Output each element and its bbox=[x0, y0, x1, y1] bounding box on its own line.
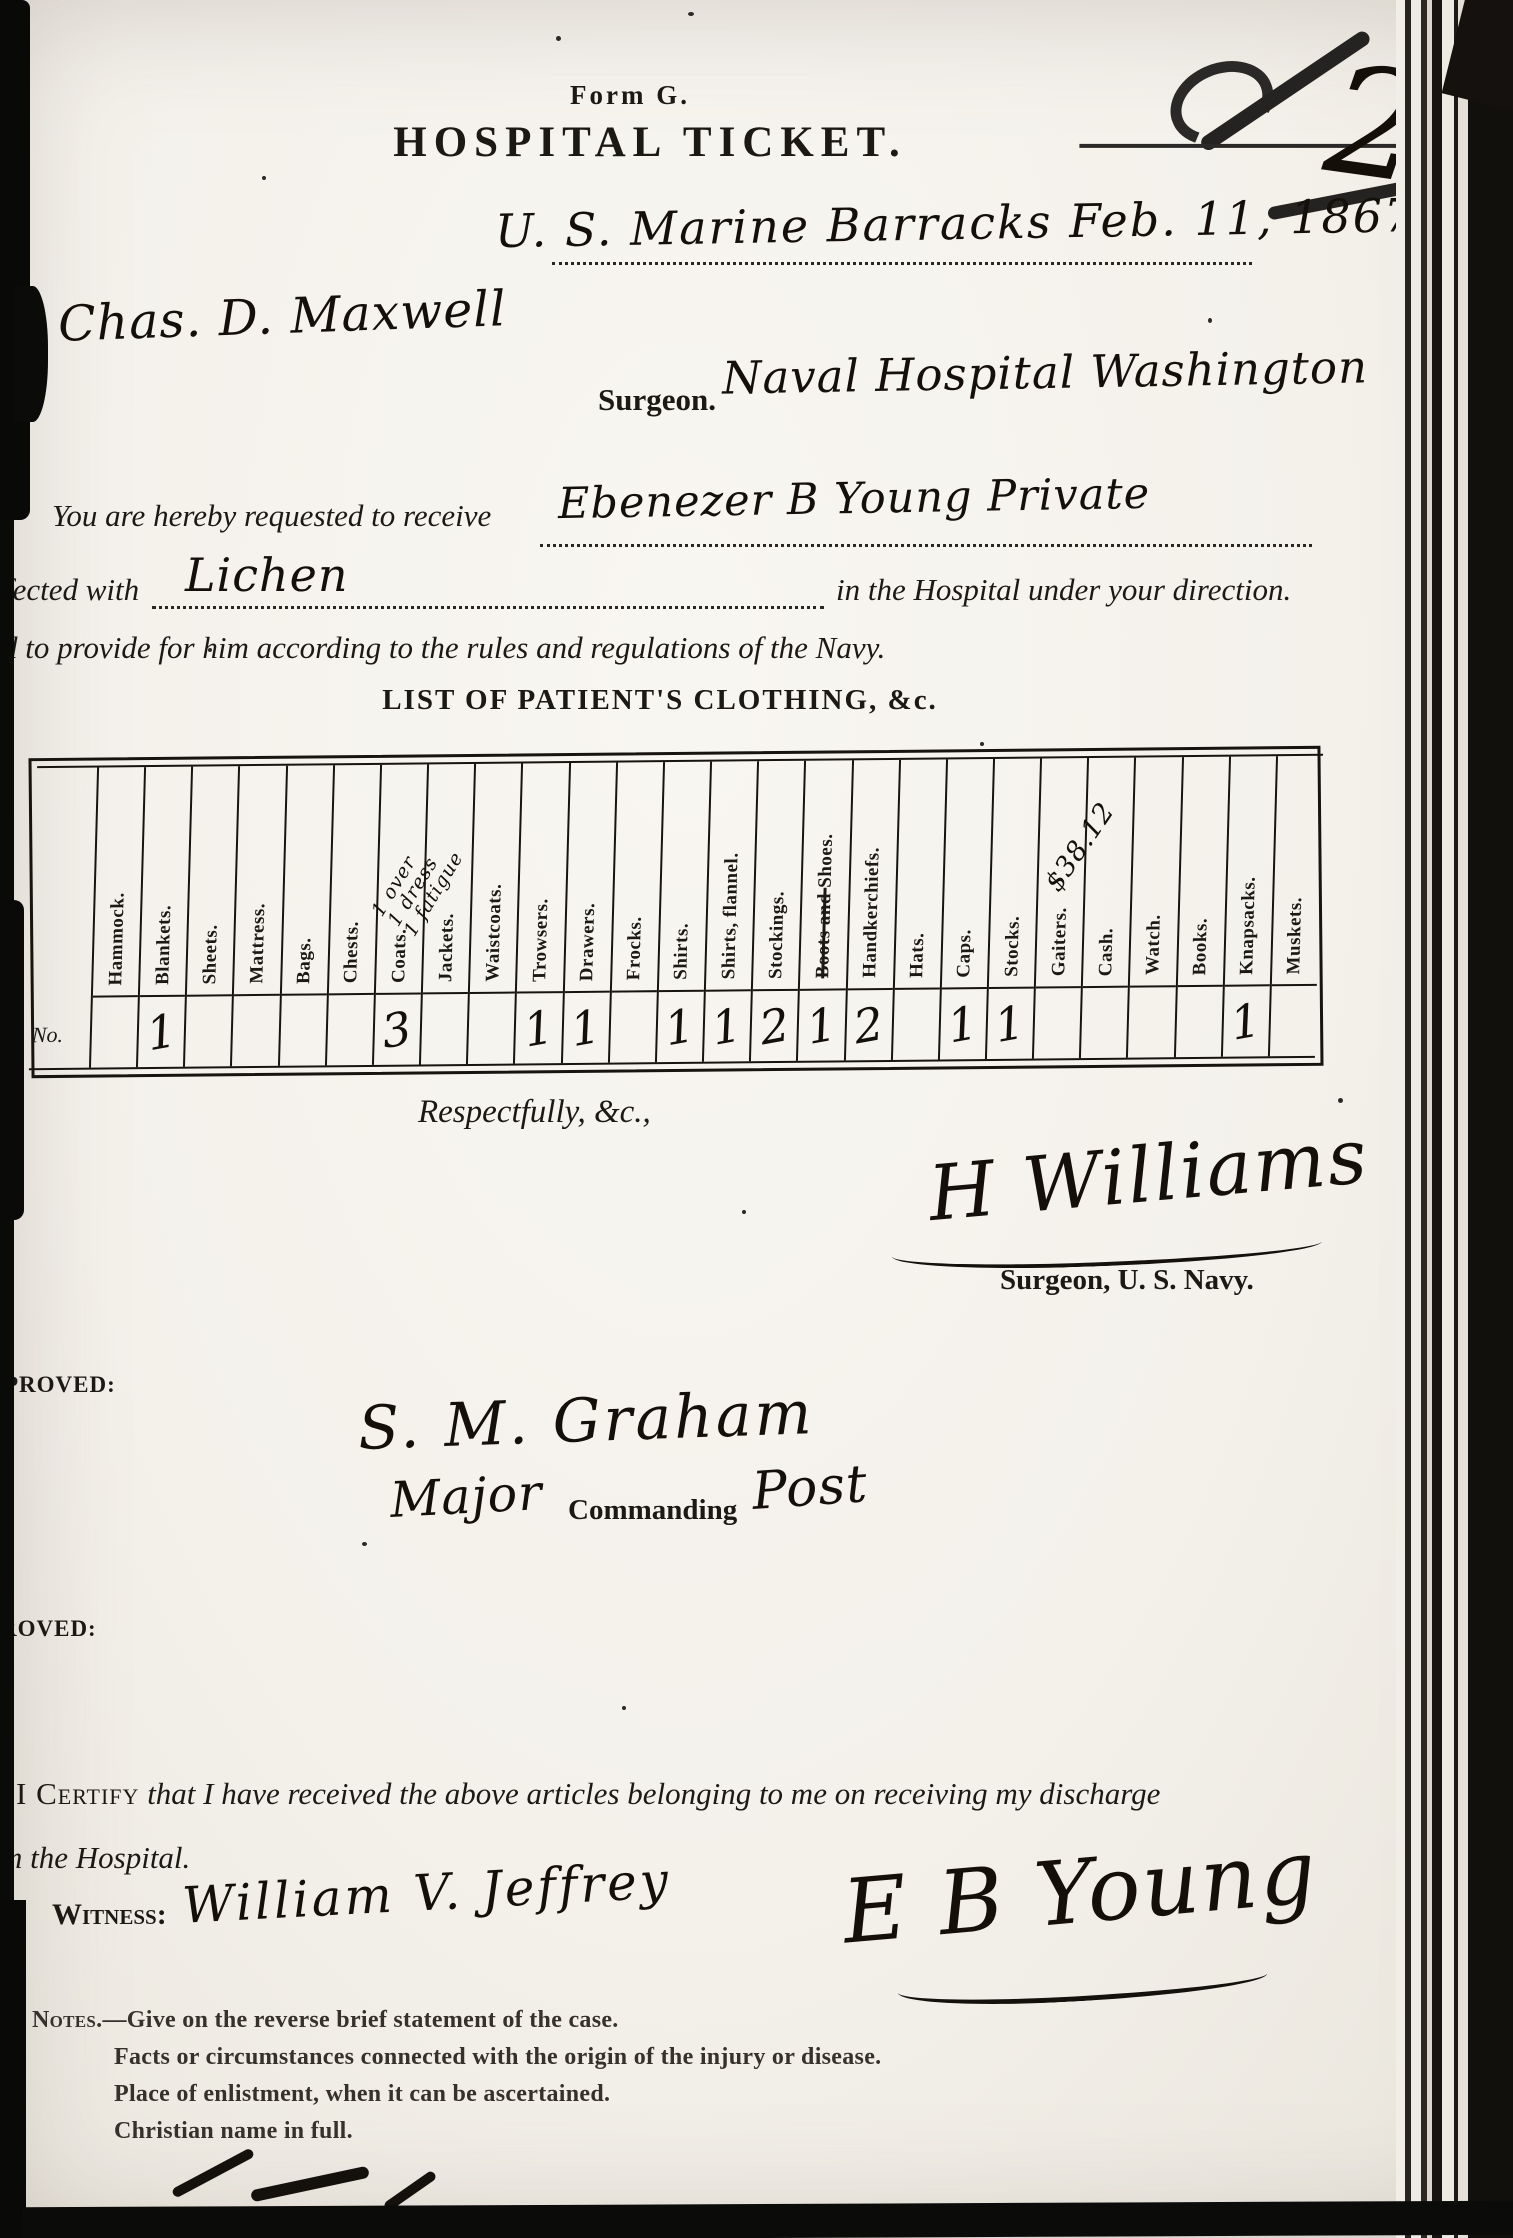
column-header-rest: Shoes. bbox=[815, 834, 837, 888]
scan-speck bbox=[622, 1706, 626, 1710]
column-value: 1 bbox=[803, 1000, 840, 1051]
notes-label: Notes.— bbox=[32, 2007, 127, 2033]
column-value: 2 bbox=[851, 1000, 888, 1051]
column-header: Frocks. bbox=[623, 916, 647, 980]
table-column-waistcoats: Waistcoats. bbox=[466, 763, 521, 1064]
column-header: Waistcoats. bbox=[482, 884, 507, 982]
column-header: Stocks. bbox=[1001, 916, 1025, 977]
scan-edge-blob bbox=[0, 900, 24, 1220]
table-column-blankets: Blankets.1 bbox=[136, 767, 191, 1068]
column-header: Sheets. bbox=[199, 924, 223, 984]
table-column-sheets: Sheets. bbox=[183, 766, 238, 1067]
scan-speck bbox=[980, 742, 984, 746]
table-column-shirts: Shirts.1 bbox=[655, 762, 710, 1063]
table-column-watch: Watch. bbox=[1126, 757, 1181, 1058]
column-header: Cash. bbox=[1095, 927, 1118, 976]
table-column-hammock: Hammock. bbox=[89, 767, 144, 1068]
scan-edge-blob bbox=[0, 0, 30, 520]
column-header: Bags. bbox=[293, 937, 316, 984]
table-column-muskets: Muskets. bbox=[1268, 756, 1323, 1057]
request-printed-text: You are hereby requested to receive bbox=[52, 498, 491, 534]
scan-speck bbox=[742, 1210, 746, 1214]
table-column-books: Books. bbox=[1174, 757, 1229, 1058]
scan-speck bbox=[688, 12, 694, 16]
notes-line: Facts or circumstances connected with th… bbox=[32, 2039, 992, 2076]
rank-handwriting: Major bbox=[389, 1464, 544, 1529]
scan-edge-blob bbox=[0, 1900, 26, 2238]
witness-label: Witness: bbox=[52, 1898, 167, 1932]
column-header: Hats. bbox=[906, 932, 929, 977]
table-column-handkerchiefs: Handkerchiefs.2 bbox=[843, 760, 898, 1061]
scan-speck bbox=[362, 1542, 367, 1546]
column-value: 1 bbox=[662, 1002, 699, 1053]
book-binding-edge bbox=[1396, 0, 1513, 2238]
table-column-drawers: Drawers.1 bbox=[561, 763, 616, 1064]
notes-line: Christian name in full. bbox=[32, 2113, 992, 2150]
notes-block: Notes.—Give on the reverse brief stateme… bbox=[32, 2002, 992, 2150]
table-column-hats: Hats. bbox=[891, 759, 946, 1060]
column-header: Trowsers. bbox=[529, 898, 553, 982]
witness-signature-handwriting: William V. Jeffrey bbox=[181, 1851, 673, 1935]
notes-line: Place of enlistment, when it can be asce… bbox=[32, 2076, 992, 2113]
patient-signature-handwriting: E B Young bbox=[838, 1819, 1321, 1963]
column-header: Coats. bbox=[388, 928, 411, 982]
surgeon-label: Surgeon. bbox=[598, 382, 716, 418]
column-header: Chests. bbox=[341, 921, 365, 983]
column-value: 1 bbox=[709, 1001, 746, 1052]
scan-bottom-edge bbox=[22, 2201, 1513, 2238]
page-title: HOSPITAL TICKET. bbox=[380, 118, 920, 167]
patient-name-handwriting: Ebenezer B Young Private bbox=[558, 469, 1151, 529]
approved-label-fragment-1: PROVED: bbox=[4, 1372, 116, 1398]
dotted-rule bbox=[540, 544, 1312, 547]
affliction-handwriting: Lichen bbox=[185, 548, 349, 602]
scan-edge-blob bbox=[14, 286, 48, 422]
commander-signature-handwriting: S. M. Graham bbox=[357, 1378, 816, 1464]
certificate-continuation-fragment: m the Hospital. bbox=[0, 1840, 190, 1876]
column-value: 1 bbox=[521, 1003, 558, 1054]
scan-speck bbox=[208, 648, 212, 652]
respectfully-line: Respectfully, &c., bbox=[418, 1094, 651, 1131]
column-value: 1 bbox=[1228, 996, 1265, 1047]
affliction-suffix-printed: in the Hospital under your direction. bbox=[836, 572, 1291, 608]
table-column-knapsacks: Knapsacks.1 bbox=[1221, 756, 1276, 1057]
column-header: Muskets. bbox=[1284, 897, 1308, 975]
column-header: Mattress. bbox=[246, 903, 270, 984]
table-column-stocks: Stocks.1 bbox=[985, 758, 1040, 1059]
provide-line-fragment: d to provide for him according to the ru… bbox=[2, 630, 885, 666]
table-column-caps: Caps.1 bbox=[938, 759, 993, 1060]
row-label: No. bbox=[32, 1022, 64, 1048]
table-column-boots-and-shoes: Boots and Shoes.1 bbox=[796, 760, 851, 1061]
clothing-table: No. Hammock. Blankets.1 Sheets. Mattress… bbox=[28, 746, 1323, 1078]
scan-speck bbox=[1208, 318, 1212, 323]
scan-speck bbox=[1338, 1098, 1343, 1103]
table-column-stockings: Stockings.2 bbox=[749, 761, 804, 1062]
column-header: Jackets. bbox=[435, 913, 459, 982]
column-value: 1 bbox=[945, 999, 982, 1050]
table-column-frocks: Frocks. bbox=[608, 762, 663, 1063]
addressee-name-handwriting: Chas. D. Maxwell bbox=[57, 280, 507, 353]
column-header: Boots and Shoes. bbox=[812, 834, 838, 979]
row-label-cell: No. bbox=[29, 768, 97, 1069]
surgeon-navy-title: Surgeon, U. S. Navy. bbox=[1000, 1264, 1254, 1297]
clothing-list-title: LIST OF PATIENT'S CLOTHING, &c. bbox=[300, 684, 1020, 717]
column-header: Shirts, flannel. bbox=[718, 853, 743, 980]
column-value: 2 bbox=[756, 1001, 793, 1052]
table-column-bags: Bags. bbox=[278, 765, 333, 1066]
table-column-gaiters: Gaiters. bbox=[1032, 758, 1087, 1059]
form-number-label: Form G. bbox=[500, 80, 760, 111]
table-column-cash: Cash. bbox=[1079, 758, 1134, 1059]
column-value: 1 bbox=[992, 998, 1029, 1049]
certificate-line: I Certify that I have received the above… bbox=[16, 1776, 1316, 1812]
column-header: Gaiters. bbox=[1048, 907, 1072, 976]
column-header: Hammock. bbox=[105, 892, 130, 985]
notes-line: Notes.—Give on the reverse brief stateme… bbox=[32, 2002, 992, 2039]
column-header: Blankets. bbox=[152, 905, 176, 985]
dotted-rule bbox=[552, 262, 1252, 265]
column-value: 3 bbox=[379, 1004, 416, 1055]
column-header: Shirts. bbox=[671, 923, 695, 980]
addressee-station-handwriting: Naval Hospital Washington bbox=[722, 340, 1369, 404]
certify-lead: I Certify bbox=[16, 1776, 139, 1811]
place-and-date-handwriting: U. S. Marine Barracks Feb. 11, 1867. bbox=[495, 188, 1433, 258]
scanned-hospital-ticket: Form G. HOSPITAL TICKET. 2 U. S. Marine … bbox=[0, 0, 1513, 2238]
cut-handwriting-fragment bbox=[171, 2147, 255, 2198]
table-column-shirts-flannel: Shirts, flannel.1 bbox=[702, 761, 757, 1062]
scan-speck bbox=[556, 36, 561, 41]
table-column-mattress: Mattress. bbox=[230, 766, 285, 1067]
cut-handwriting-fragment bbox=[250, 2166, 370, 2203]
struck-through-words: Boots and bbox=[812, 888, 835, 979]
column-header: Knapsacks. bbox=[1236, 876, 1261, 975]
column-header: Handkerchiefs. bbox=[859, 847, 885, 978]
approved-label-fragment-2: ROVED: bbox=[0, 1616, 97, 1642]
column-value: 1 bbox=[568, 1002, 605, 1053]
column-header: Drawers. bbox=[576, 902, 600, 981]
column-header: Caps. bbox=[954, 929, 977, 978]
column-header: Watch. bbox=[1142, 915, 1166, 976]
surgeon-signature-handwriting: H Williams bbox=[925, 1111, 1372, 1238]
dotted-rule bbox=[152, 606, 824, 609]
column-header: Stockings. bbox=[765, 891, 789, 979]
scan-speck bbox=[262, 176, 266, 180]
post-handwriting: Post bbox=[750, 1454, 870, 1522]
clothing-table-grid: No. Hammock. Blankets.1 Sheets. Mattress… bbox=[29, 754, 1323, 1070]
affliction-prefix-fragment: fected with bbox=[4, 572, 139, 608]
table-column-chests: Chests. bbox=[325, 765, 380, 1066]
notes-text: Give on the reverse brief statement of t… bbox=[127, 2007, 619, 2033]
column-header: Books. bbox=[1189, 917, 1213, 975]
column-value: 1 bbox=[143, 1007, 180, 1058]
table-column-trowsers: Trowsers.1 bbox=[513, 763, 568, 1064]
commanding-printed-label: Commanding bbox=[568, 1494, 737, 1527]
certify-body: that I have received the above articles … bbox=[147, 1776, 1160, 1811]
